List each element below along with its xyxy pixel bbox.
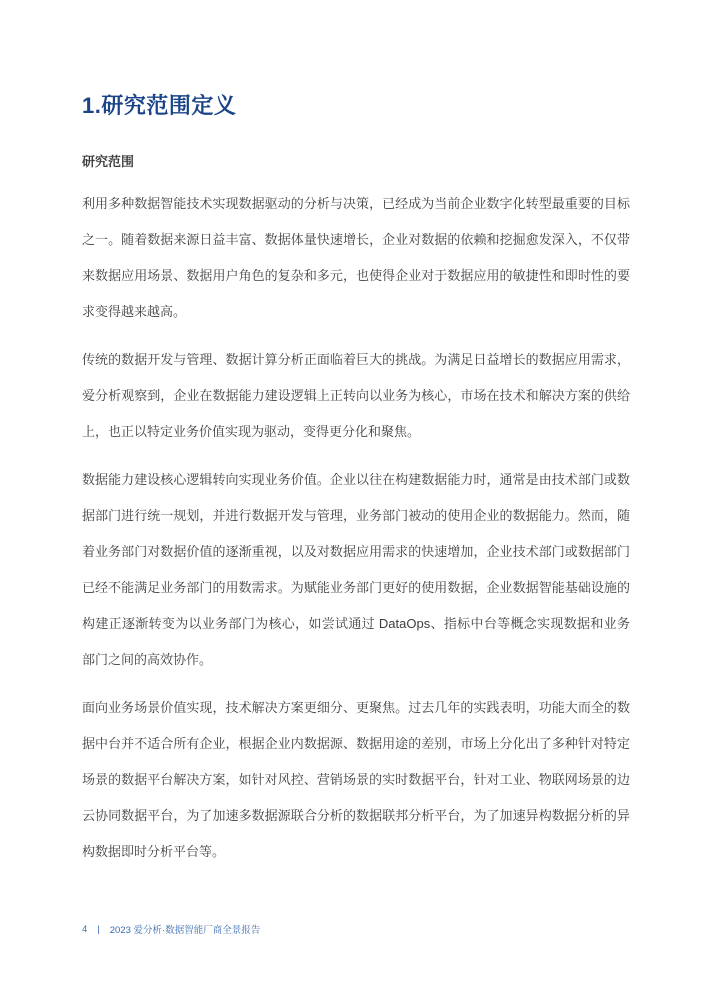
paragraph-1: 利用多种数据智能技术实现数据驱动的分析与决策，已经成为当前企业数字化转型最重要的… [82, 186, 630, 330]
paragraph-4: 面向业务场景价值实现，技术解决方案更细分、更聚焦。过去几年的实践表明，功能大而全… [82, 690, 630, 870]
page-number: 4 [82, 924, 87, 935]
section-heading: 1.研究范围定义 [82, 93, 630, 119]
page-footer: 4 | 2023 爱分析·数据智能厂商全景报告 [82, 922, 260, 936]
paragraph-3: 数据能力建设核心逻辑转向实现业务价值。企业以往在构建数据能力时，通常是由技术部门… [82, 462, 630, 678]
footer-separator: | [97, 924, 99, 935]
paragraph-2: 传统的数据开发与管理、数据计算分析正面临着巨大的挑战。为满足日益增长的数据应用需… [82, 342, 630, 450]
page-content: 1.研究范围定义 研究范围 利用多种数据智能技术实现数据驱动的分析与决策，已经成… [82, 93, 630, 882]
footer-report-title: 2023 爱分析·数据智能厂商全景报告 [110, 922, 260, 936]
document-page: 1.研究范围定义 研究范围 利用多种数据智能技术实现数据驱动的分析与决策，已经成… [0, 0, 710, 1004]
subsection-heading: 研究范围 [82, 153, 630, 170]
